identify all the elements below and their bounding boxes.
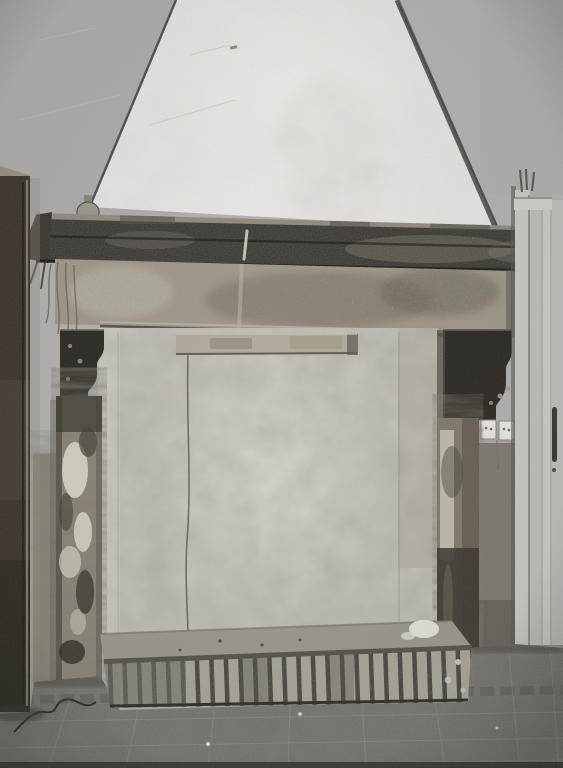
photo-grain [0, 0, 563, 768]
photo-fireplace [0, 0, 563, 768]
photo-canvas [0, 0, 563, 768]
